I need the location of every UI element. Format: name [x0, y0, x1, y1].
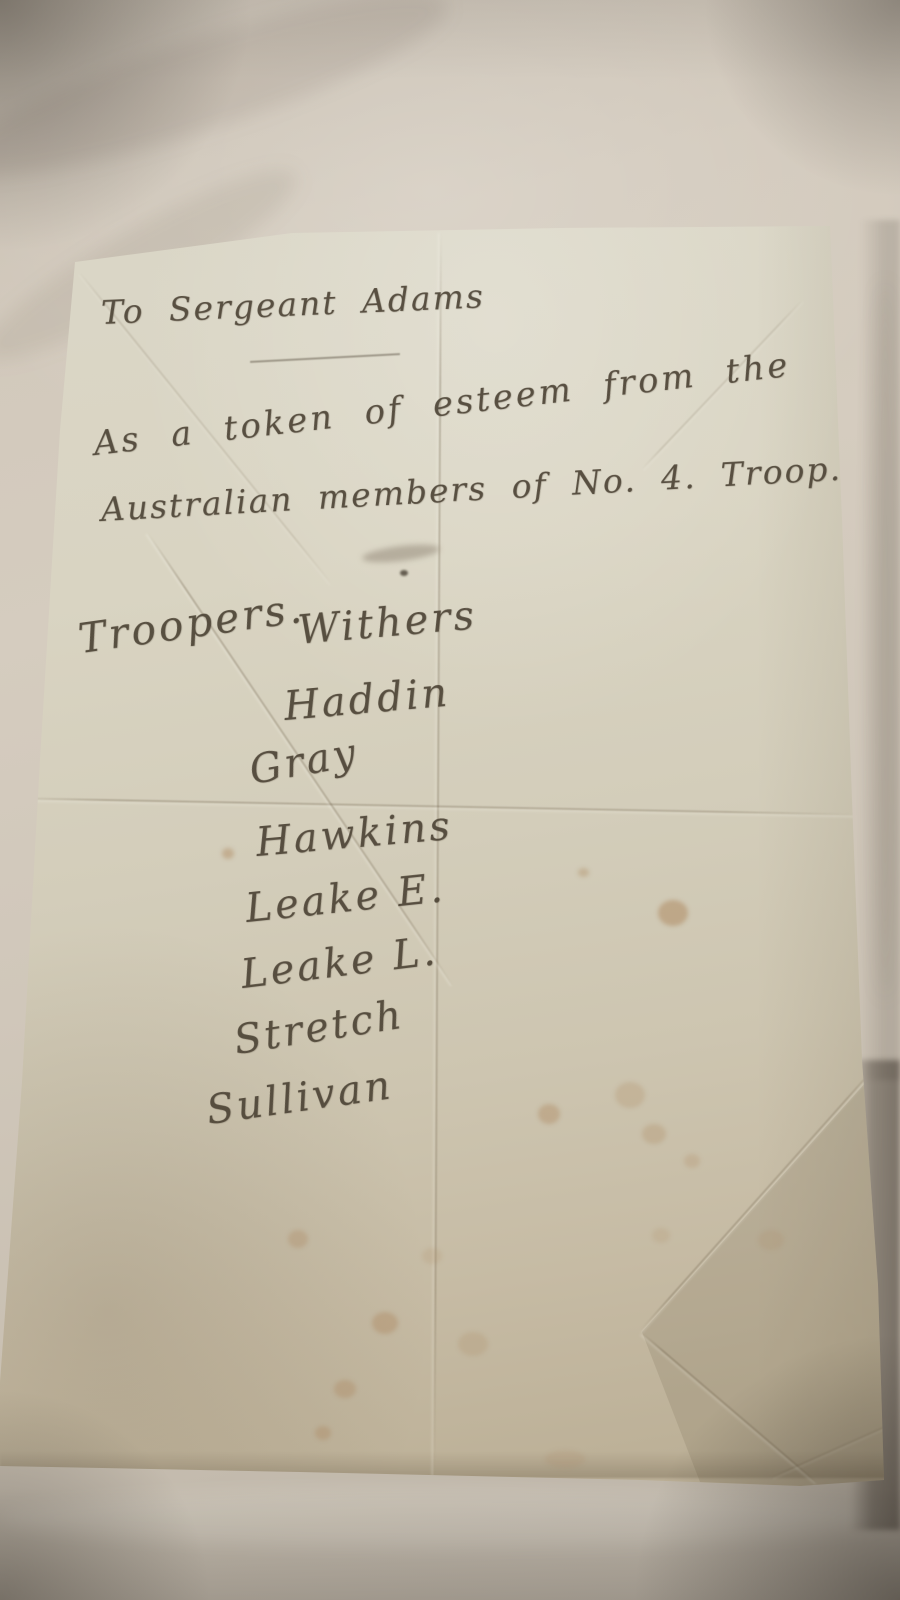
body-line-1: As a token of esteem from the — [91, 345, 792, 464]
foxing-spot — [658, 900, 688, 926]
foxing-spot — [288, 1230, 308, 1248]
trooper-name-leake-l: Leake L. — [238, 928, 440, 998]
salutation-line: To Sergeant Adams — [100, 276, 485, 332]
pencil-smudge — [361, 541, 440, 565]
foxing-spot — [652, 1228, 670, 1243]
trooper-name-sullivan: Sullivan — [204, 1062, 396, 1134]
foxing-spot — [372, 1312, 398, 1334]
body-line-2: Australian members of No. 4. Troop. — [100, 449, 843, 529]
foxing-spot — [334, 1380, 356, 1398]
trooper-name-leake-e: Leake E. — [243, 865, 447, 932]
fabric-highlight — [0, 1488, 900, 1548]
foxing-spot — [758, 1230, 784, 1250]
salutation-underline — [250, 353, 400, 363]
trooper-name-gray: Gray — [246, 730, 362, 794]
foxing-spot — [578, 868, 589, 877]
foxing-spot — [458, 1332, 488, 1356]
pencil-smudge-dot — [400, 570, 408, 576]
foxing-spot — [642, 1124, 666, 1144]
paper-cast-shadow — [860, 220, 900, 1080]
photograph: To Sergeant Adams As a token of esteem f… — [0, 0, 900, 1600]
trooper-name-haddin: Haddin — [282, 670, 452, 730]
foxing-spot — [222, 848, 234, 859]
foxing-spot — [422, 1248, 442, 1264]
trooper-name-hawkins: Hawkins — [254, 803, 455, 866]
trooper-name-withers: Withers — [296, 593, 479, 654]
trooper-name-stretch: Stretch — [231, 992, 408, 1064]
foxing-spot — [538, 1104, 560, 1124]
foxing-spot — [615, 1082, 645, 1108]
foxing-spot — [684, 1154, 700, 1168]
foxing-spot — [545, 1450, 585, 1468]
foxing-spot — [315, 1426, 331, 1440]
